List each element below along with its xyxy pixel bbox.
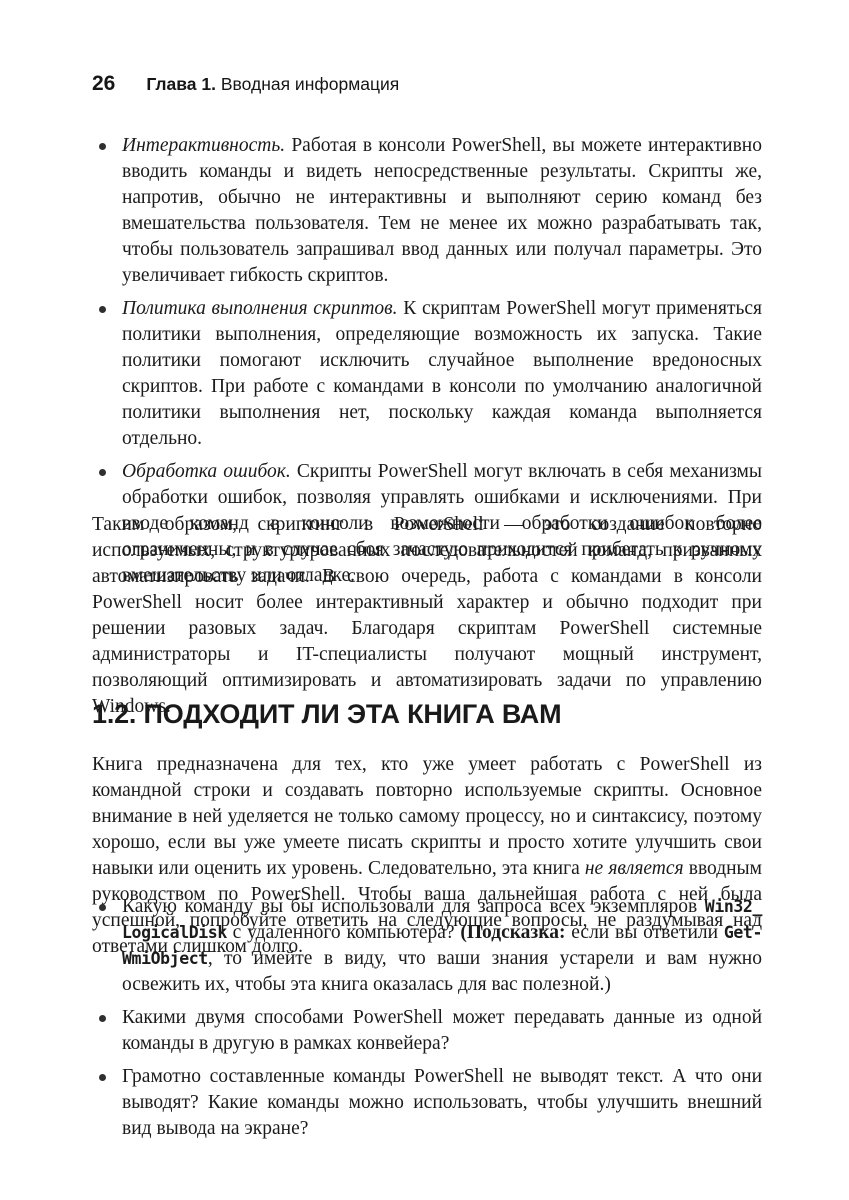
paragraph: Таким образом, скриптинг в PowerShell — … [92,512,762,720]
chapter-title: Вводная информация [221,74,399,94]
list-item: Политика выполнения скриптов. К скриптам… [92,296,762,452]
chapter-label: Глава 1. [146,74,216,94]
list-item: Интерактивность. Работая в консоли Power… [92,133,762,289]
bullet-icon [99,306,106,313]
bullet-icon [99,1015,106,1022]
list-item: Грамотно составленные команды PowerShell… [92,1064,762,1142]
book-page: 26 Глава 1. Вводная информация Интеракти… [0,0,849,1200]
list-item-text: Политика выполнения скриптов. К скриптам… [122,296,762,452]
page-number: 26 [92,72,115,96]
list-item: Какую команду вы бы использовали для зап… [92,894,762,998]
running-head: 26 Глава 1. Вводная информация [92,72,399,96]
list-item-text: Какими двумя способами PowerShell может … [122,1005,762,1057]
list-item-text: Грамотно составленные команды PowerShell… [122,1064,762,1142]
bullet-icon [99,469,106,476]
bullet-icon [99,1074,106,1081]
bullet-icon [99,904,106,911]
section-heading: 1.2. ПОДХОДИТ ЛИ ЭТА КНИГА ВАМ [92,698,561,730]
list-item: Какими двумя способами PowerShell может … [92,1005,762,1057]
self-check-question-list: Какую команду вы бы использовали для зап… [92,894,762,1142]
list-item-text: Какую команду вы бы использовали для зап… [122,894,762,998]
bullet-icon [99,143,106,150]
chapter-reference: Глава 1. Вводная информация [146,74,399,95]
list-item-text: Интерактивность. Работая в консоли Power… [122,133,762,289]
